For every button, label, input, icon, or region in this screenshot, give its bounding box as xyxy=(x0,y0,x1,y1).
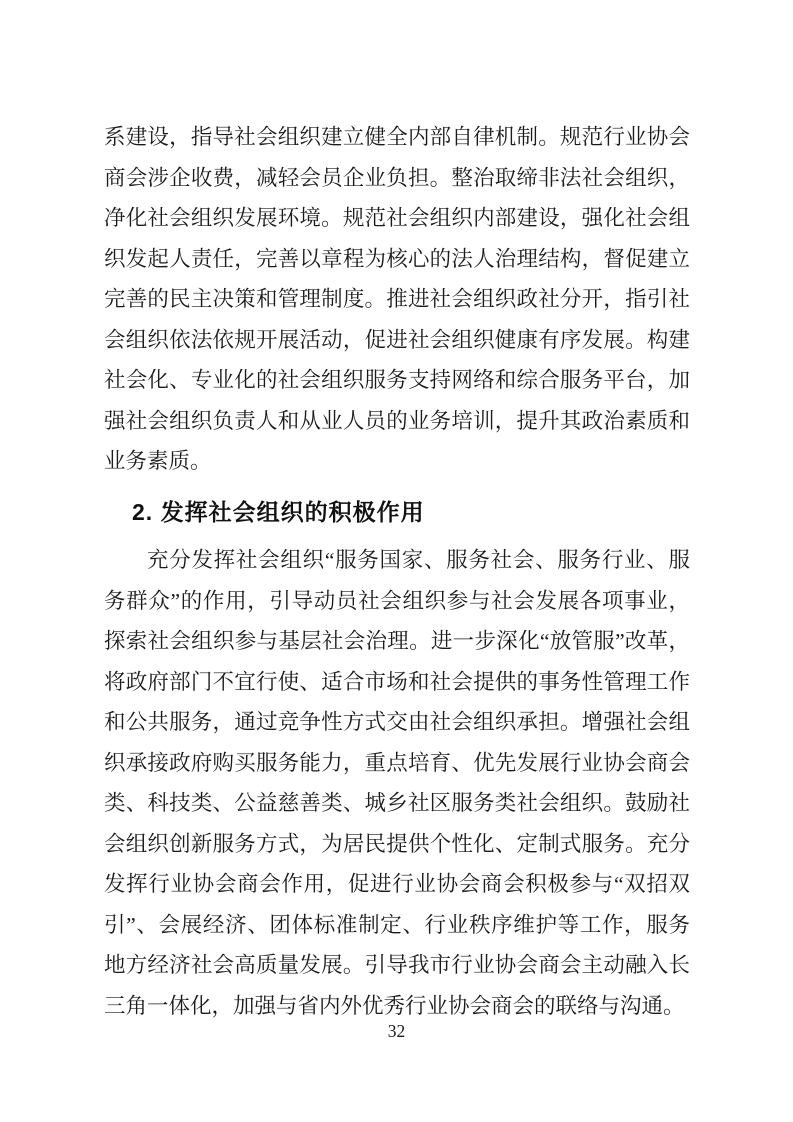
document-page: 系建设，指导社会组织建立健全内部自律机制。规范行业协会商会涉企收费，减轻会员企业… xyxy=(0,0,793,1122)
document-content: 系建设，指导社会组织建立健全内部自律机制。规范行业协会商会涉企收费，减轻会员企业… xyxy=(104,117,690,1026)
paragraph-continuation: 系建设，指导社会组织建立健全内部自律机制。规范行业协会商会涉企收费，减轻会员企业… xyxy=(104,117,690,482)
page-number: 32 xyxy=(0,1019,793,1043)
section-2-heading: 2. 发挥社会组织的积极作用 xyxy=(104,492,690,533)
paragraph-section-2: 充分发挥社会组织“服务国家、服务社会、服务行业、服务群众”的作用，引导动员社会组… xyxy=(104,540,690,1026)
